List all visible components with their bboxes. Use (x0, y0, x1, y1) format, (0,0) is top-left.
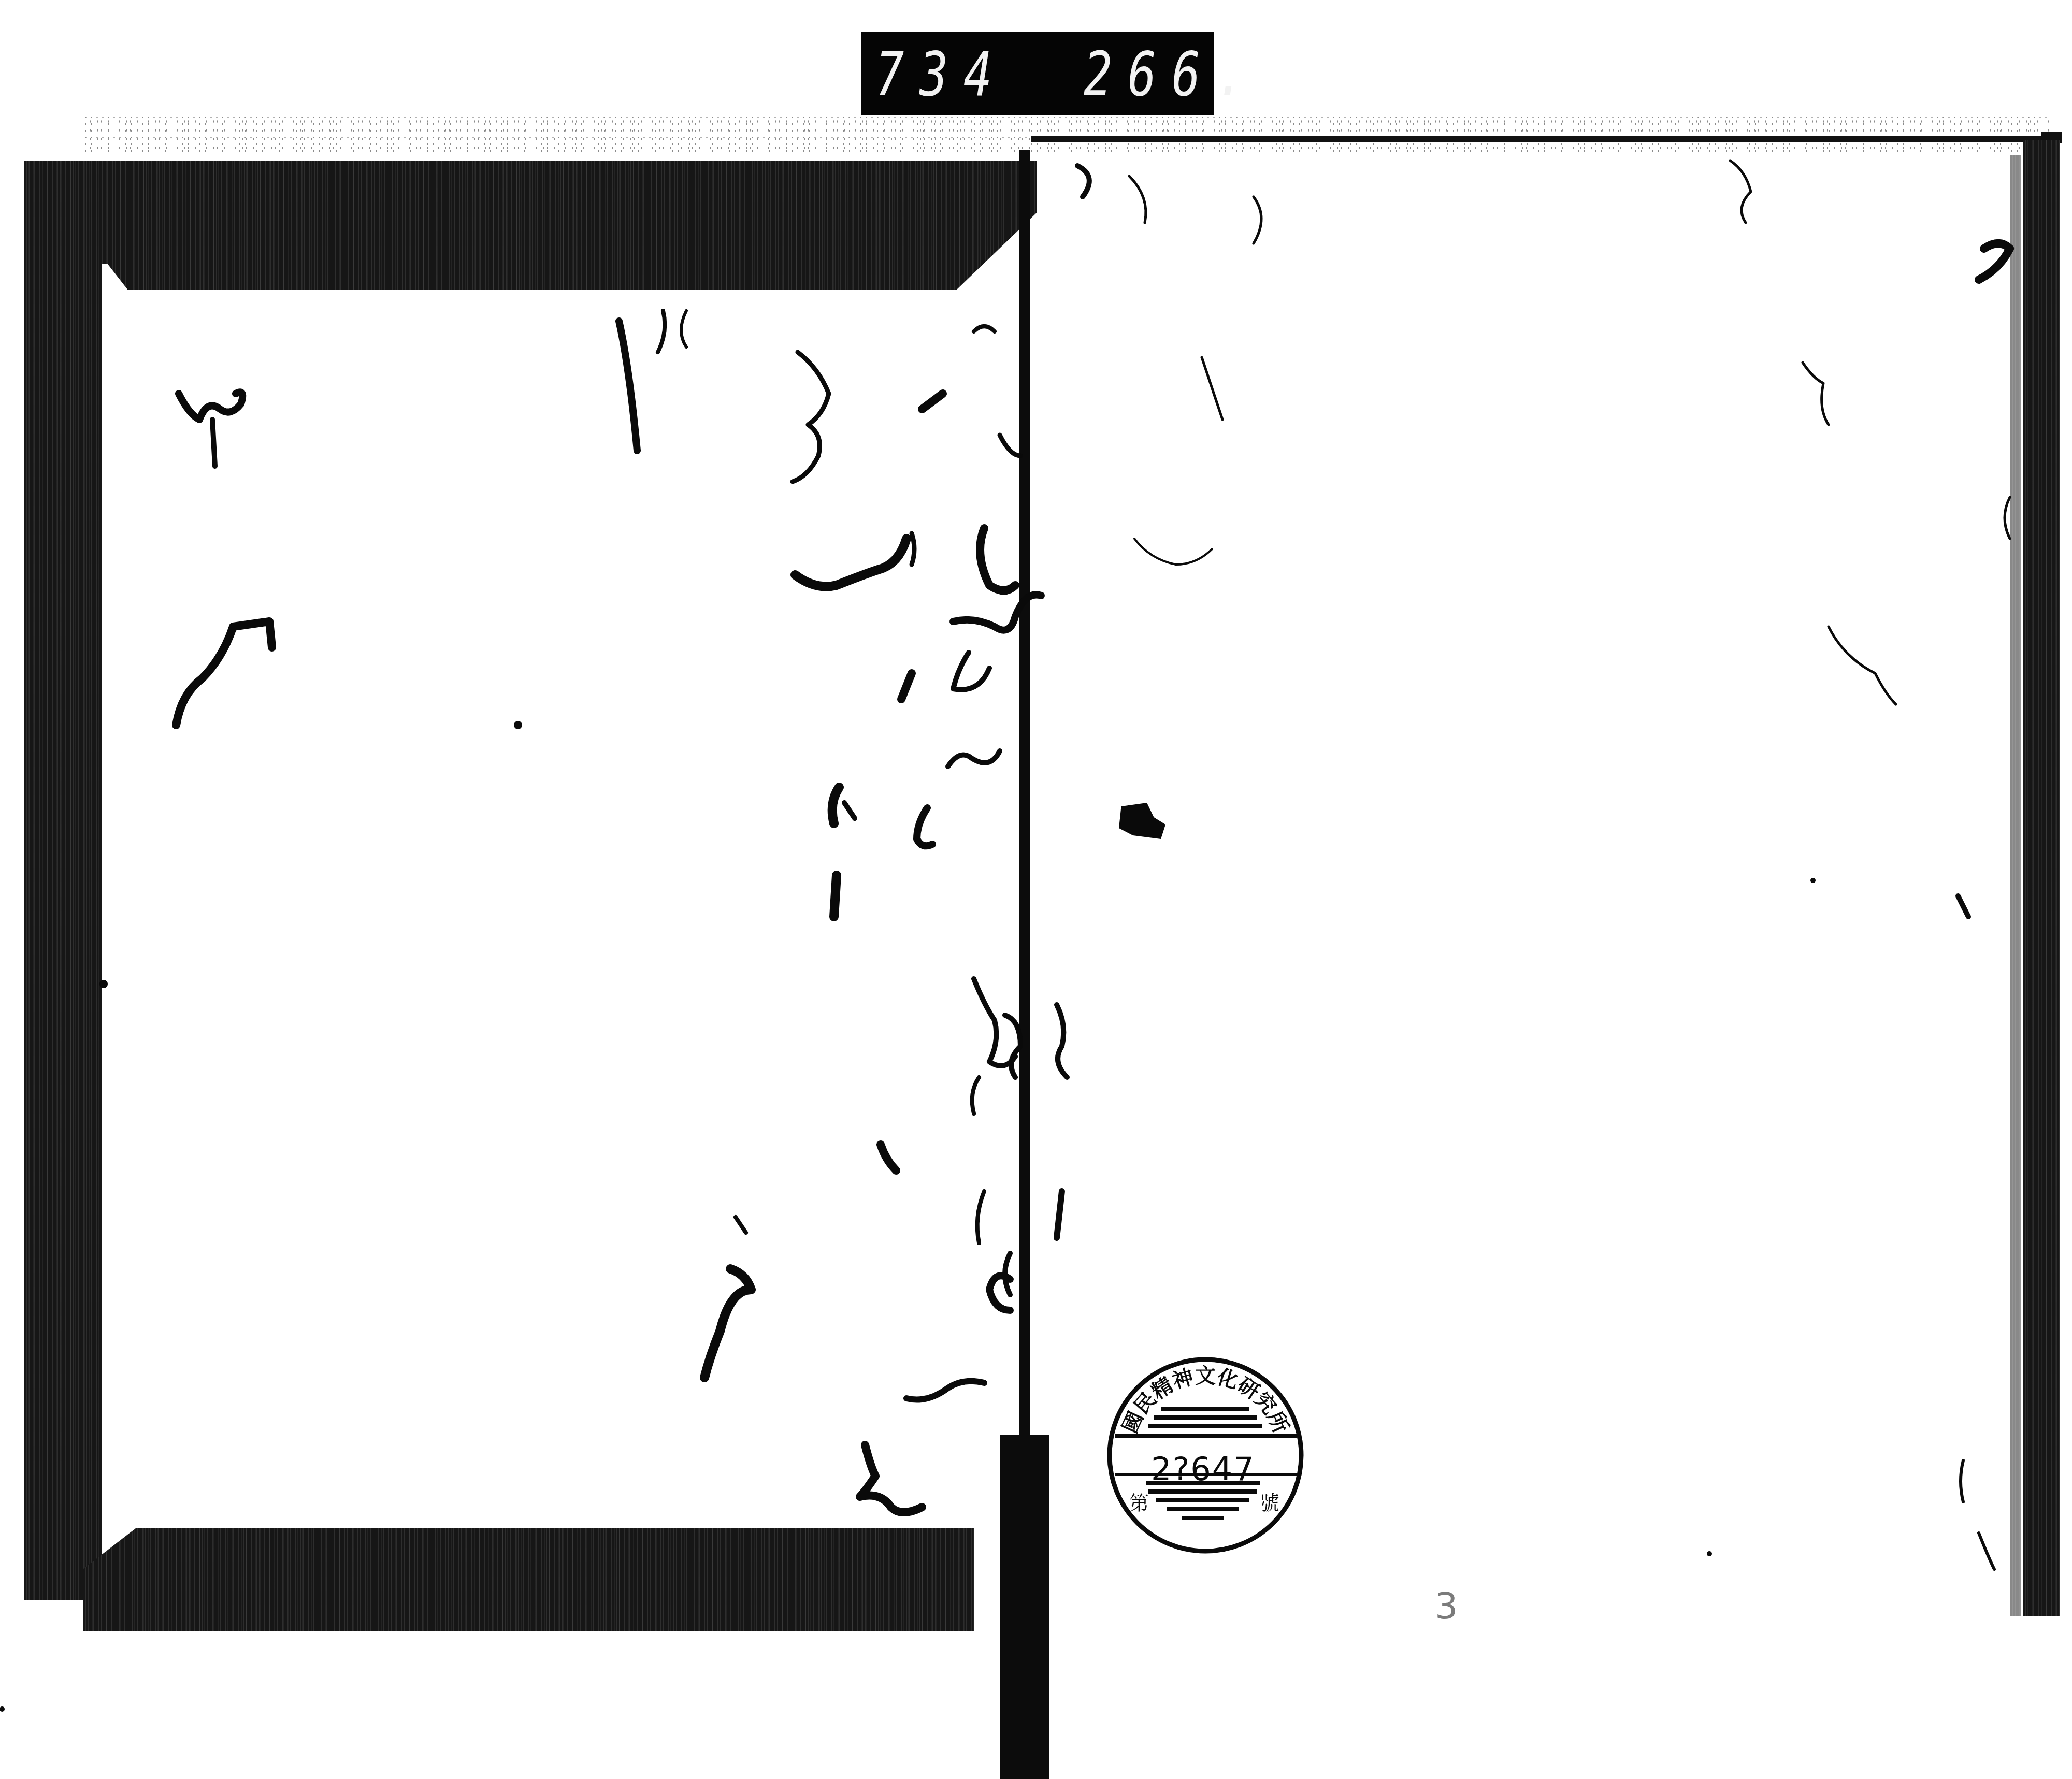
stamp-accession-number: 2?647 (1151, 1450, 1255, 1488)
page-smudge-mark: 3 (1435, 1585, 1458, 1627)
stamp-lower-right-char: 號 (1260, 1492, 1279, 1514)
wormhole-damage-marks (0, 0, 2072, 1779)
library-accession-stamp: 國民精神文化研究所 第 號 2?647 (1104, 1354, 1306, 1556)
stamp-lower-left-char: 第 (1129, 1492, 1149, 1514)
